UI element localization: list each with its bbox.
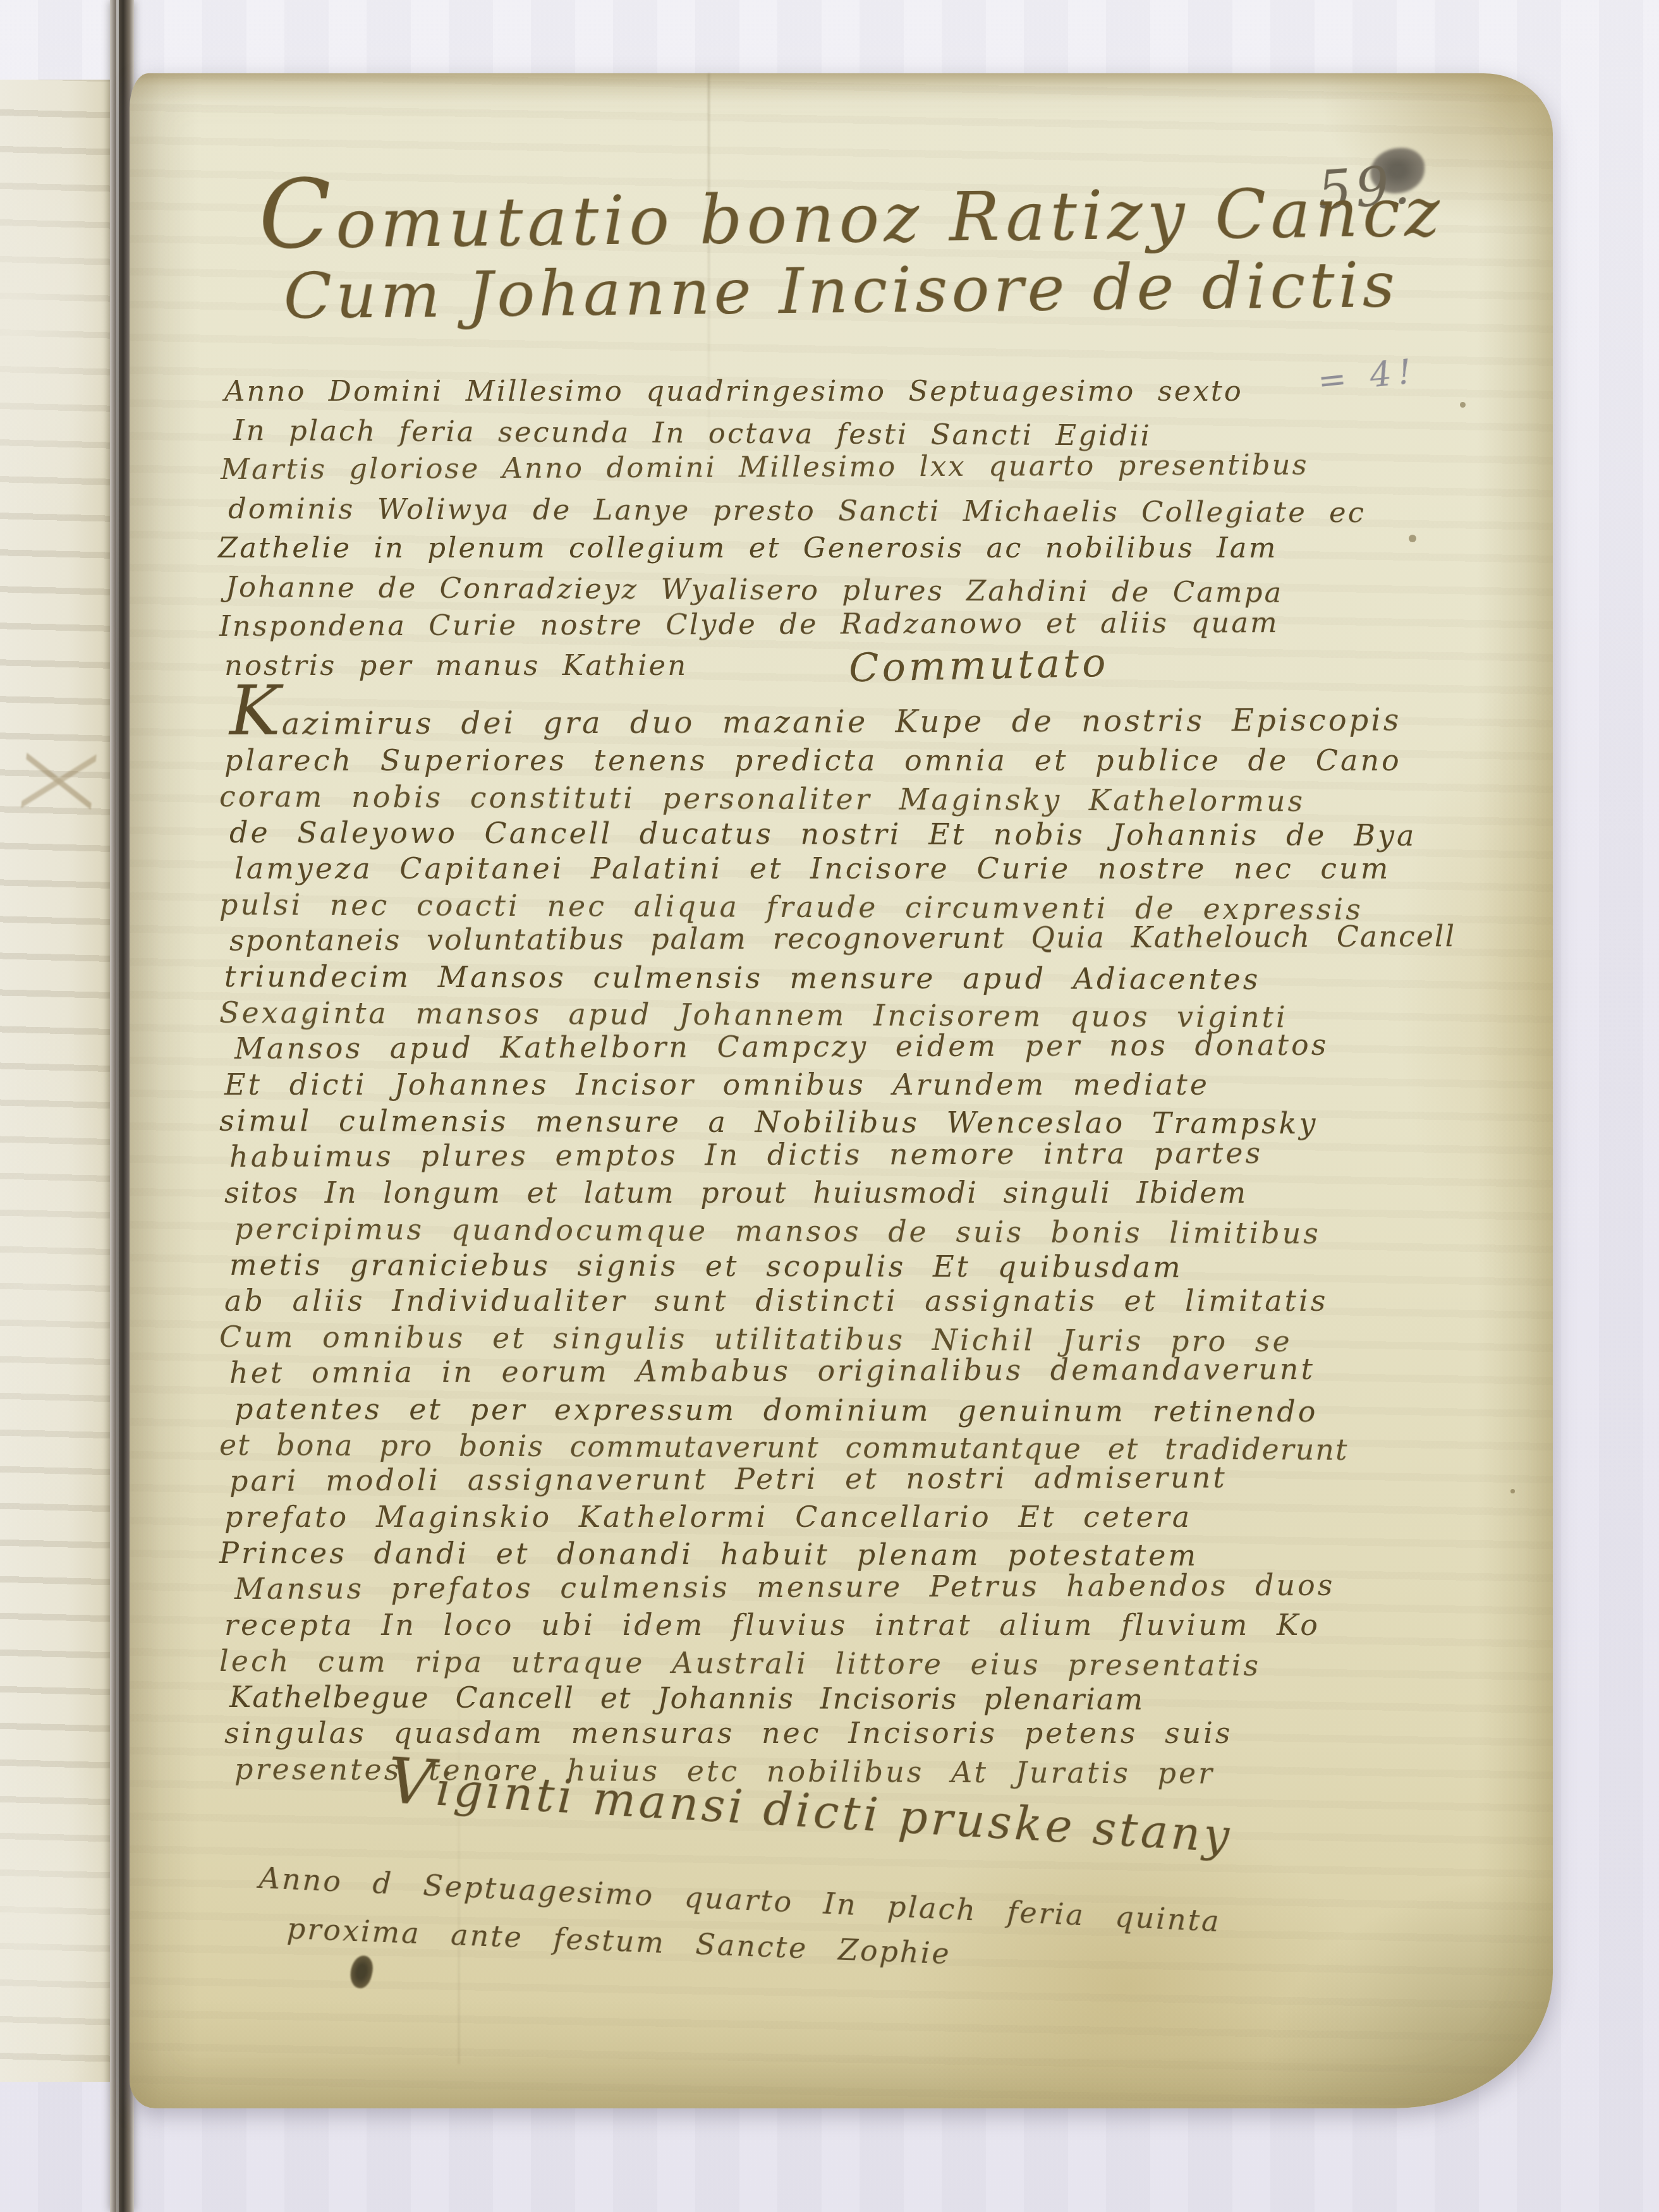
fox-spot (1460, 402, 1466, 408)
manuscript-line: Mansus prefatos culmensis mensure Petrus… (234, 1567, 1455, 1607)
manuscript-line: patentes et per expressum dominium genui… (234, 1391, 1455, 1430)
manuscript-line: metis graniciebus signis et scopulis Et … (229, 1247, 1455, 1286)
manuscript-line: Zathelie in plenum collegium et Generosi… (218, 528, 1366, 568)
manuscript-line: het omnia in eorum Ambabus originalibus … (229, 1351, 1455, 1391)
manuscript-line: dominis Woliwya de Lanye presto Sancti M… (228, 489, 1366, 532)
manuscript-line: lamyeza Capitanei Palatini et Incisore C… (234, 851, 1455, 887)
manuscript-line: sitos In longum et latum prout huiusmodi… (224, 1175, 1455, 1211)
manuscript-photo: 59. = 4! Comutatio bonoz Ratizy Cancz Cu… (0, 0, 1659, 2212)
fox-spot (303, 1018, 309, 1024)
manuscript-line: de Saleyowo Cancell ducatus nostri Et no… (229, 815, 1455, 854)
manuscript-line-text: nostris per manus Kathien (224, 646, 688, 685)
manuscript-line: triundecim Mansos culmensis mensure apud… (224, 959, 1455, 998)
manuscript-line: recepta In loco ubi idem fluvius intrat … (224, 1607, 1455, 1643)
fox-spot (1510, 1489, 1515, 1493)
manuscript-line: spontaneis voluntatibus palam recognover… (229, 918, 1455, 959)
manuscript-line: Inspondena Curie nostre Clyde de Radzano… (219, 603, 1366, 646)
rubric-heading-line2: Cum Johanne Incisore de dictis (283, 247, 1445, 333)
manuscript-line: percipimus quandocumque mansos de suis b… (234, 1211, 1456, 1252)
manuscript-line: ab aliis Individualiter sunt distincti a… (224, 1283, 1455, 1319)
fox-spot (1409, 535, 1416, 542)
manuscript-line: nostris per manus Kathien Commutato (224, 646, 1366, 685)
inline-heading-commutato: Commutato (849, 643, 1110, 688)
manuscript-line: habuimus plures emptos In dictis nemore … (229, 1134, 1455, 1175)
manuscript-line: prefato Maginskio Kathelormi Cancellario… (224, 1499, 1455, 1535)
manuscript-leaf: 59. = 4! Comutatio bonoz Ratizy Cancz Cu… (130, 73, 1553, 2108)
showthrough-text-ghost (0, 80, 112, 2082)
closing-date-lines: Anno d Septuagesimo quarto In plach feri… (259, 1861, 1222, 1945)
margin-x-mark (20, 734, 98, 829)
entry-paragraph-1: Anno Domini Millesimo quadringesimo Sept… (224, 372, 1366, 685)
entry-paragraph-2: Kazimirus dei gra duo mazanie Kupe de no… (224, 707, 1455, 1787)
manuscript-line: lech cum ripa utraque Australi littore e… (219, 1643, 1456, 1685)
manuscript-line: Kazimirus dei gra duo mazanie Kupe de no… (229, 702, 1455, 743)
manuscript-line: Mansos apud Kathelborn Campczy eidem per… (234, 1026, 1455, 1067)
manuscript-line: Et dicti Johannes Incisor omnibus Arunde… (224, 1067, 1455, 1103)
manuscript-line: Martis gloriose Anno domini Millesimo lx… (221, 445, 1366, 489)
manuscript-line: Kathelbegue Cancell et Johannis Incisori… (229, 1679, 1455, 1718)
manuscript-line: Anno Domini Millesimo quadringesimo Sept… (224, 372, 1366, 411)
facing-page-sliver (0, 80, 112, 2082)
manuscript-line: coram nobis constituti personaliter Magi… (219, 779, 1456, 820)
ink-blot (347, 1954, 376, 1991)
manuscript-line: pari modoli assignaverunt Petri et nostr… (229, 1459, 1455, 1499)
rubric-heading: Comutatio bonoz Ratizy Cancz Cum Johanne… (258, 173, 1445, 334)
manuscript-line: plarech Superiores tenens predicta omnia… (224, 743, 1455, 779)
